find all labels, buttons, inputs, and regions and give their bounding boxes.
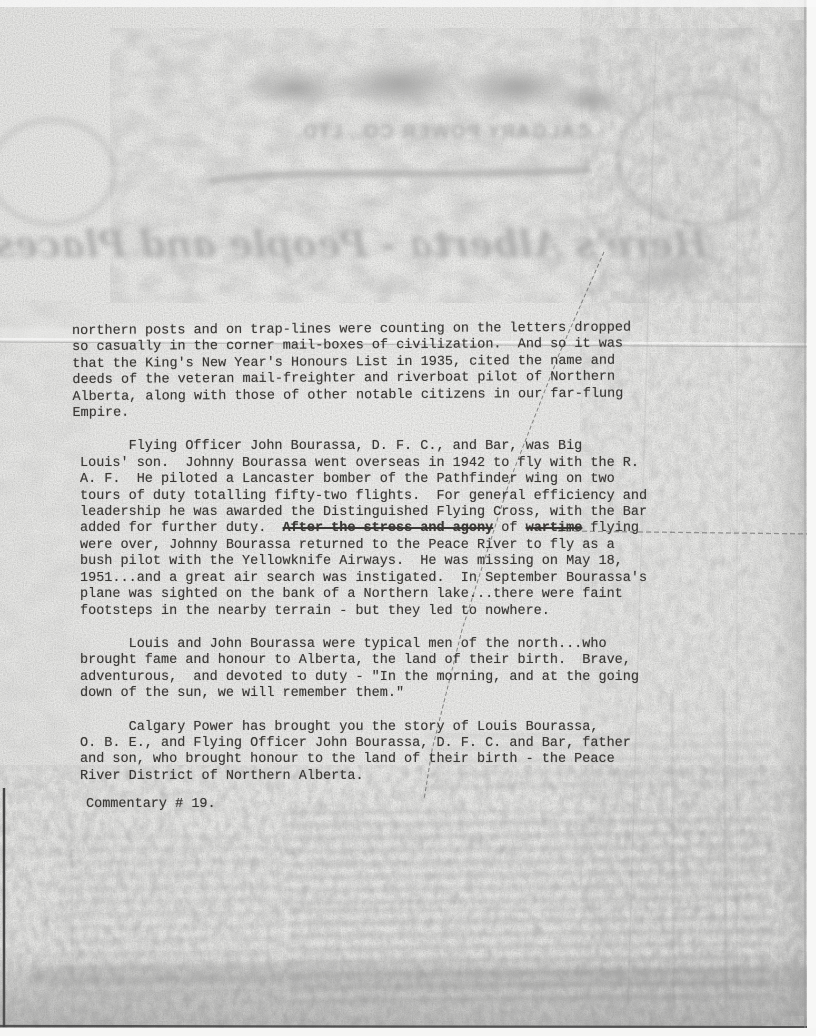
right-white-margin: [807, 0, 816, 1036]
bottom-dark-band: [0, 948, 816, 1028]
ghost-ornament-blob: [330, 55, 470, 113]
right-edge-shadow: [772, 20, 804, 1016]
typed-segment: of: [493, 521, 525, 536]
ghost-right-medallion: [618, 92, 782, 224]
ghost-ornament-blob: [555, 84, 625, 116]
typed-segment: Calgary Power has brought you the story …: [80, 720, 631, 784]
ghost-letterhead-headline: Here's Alberta - People and Places: [148, 222, 708, 280]
ghost-underline-flourish: [212, 170, 588, 181]
bottom-white-margin: [0, 1028, 816, 1036]
typed-paragraph-para-3: Louis and John Bourassa were typical men…: [80, 637, 690, 703]
scanned-document-page: CALGARY POWER CO., LTD. Here's Alberta -…: [0, 0, 816, 1036]
typed-paragraph-para-4: Calgary Power has brought you the story …: [80, 720, 690, 786]
struck-text: After the stress and agony: [283, 521, 494, 536]
top-white-margin: [0, 0, 816, 7]
right-edge-line: [804, 0, 806, 1028]
struck-text: wartime: [526, 521, 583, 536]
typed-segment: northern posts and on trap-lines were co…: [72, 321, 631, 421]
typed-paragraph-para-5: Commentary # 19.: [86, 797, 690, 813]
typed-segment: Louis and John Bourassa were typical men…: [80, 637, 639, 701]
typed-segment: Commentary # 19.: [86, 797, 216, 812]
ghost-left-medallion: [0, 120, 114, 224]
ghost-letterhead-company: CALGARY POWER CO., LTD.: [300, 122, 590, 148]
bottom-gray-streak: [30, 966, 816, 986]
typed-paragraph-para-2: Flying Officer John Bourassa, D. F. C., …: [80, 439, 690, 619]
typed-paragraph-para-1: northern posts and on trap-lines were co…: [72, 320, 691, 422]
typed-text: northern posts and on trap-lines were co…: [80, 324, 690, 831]
